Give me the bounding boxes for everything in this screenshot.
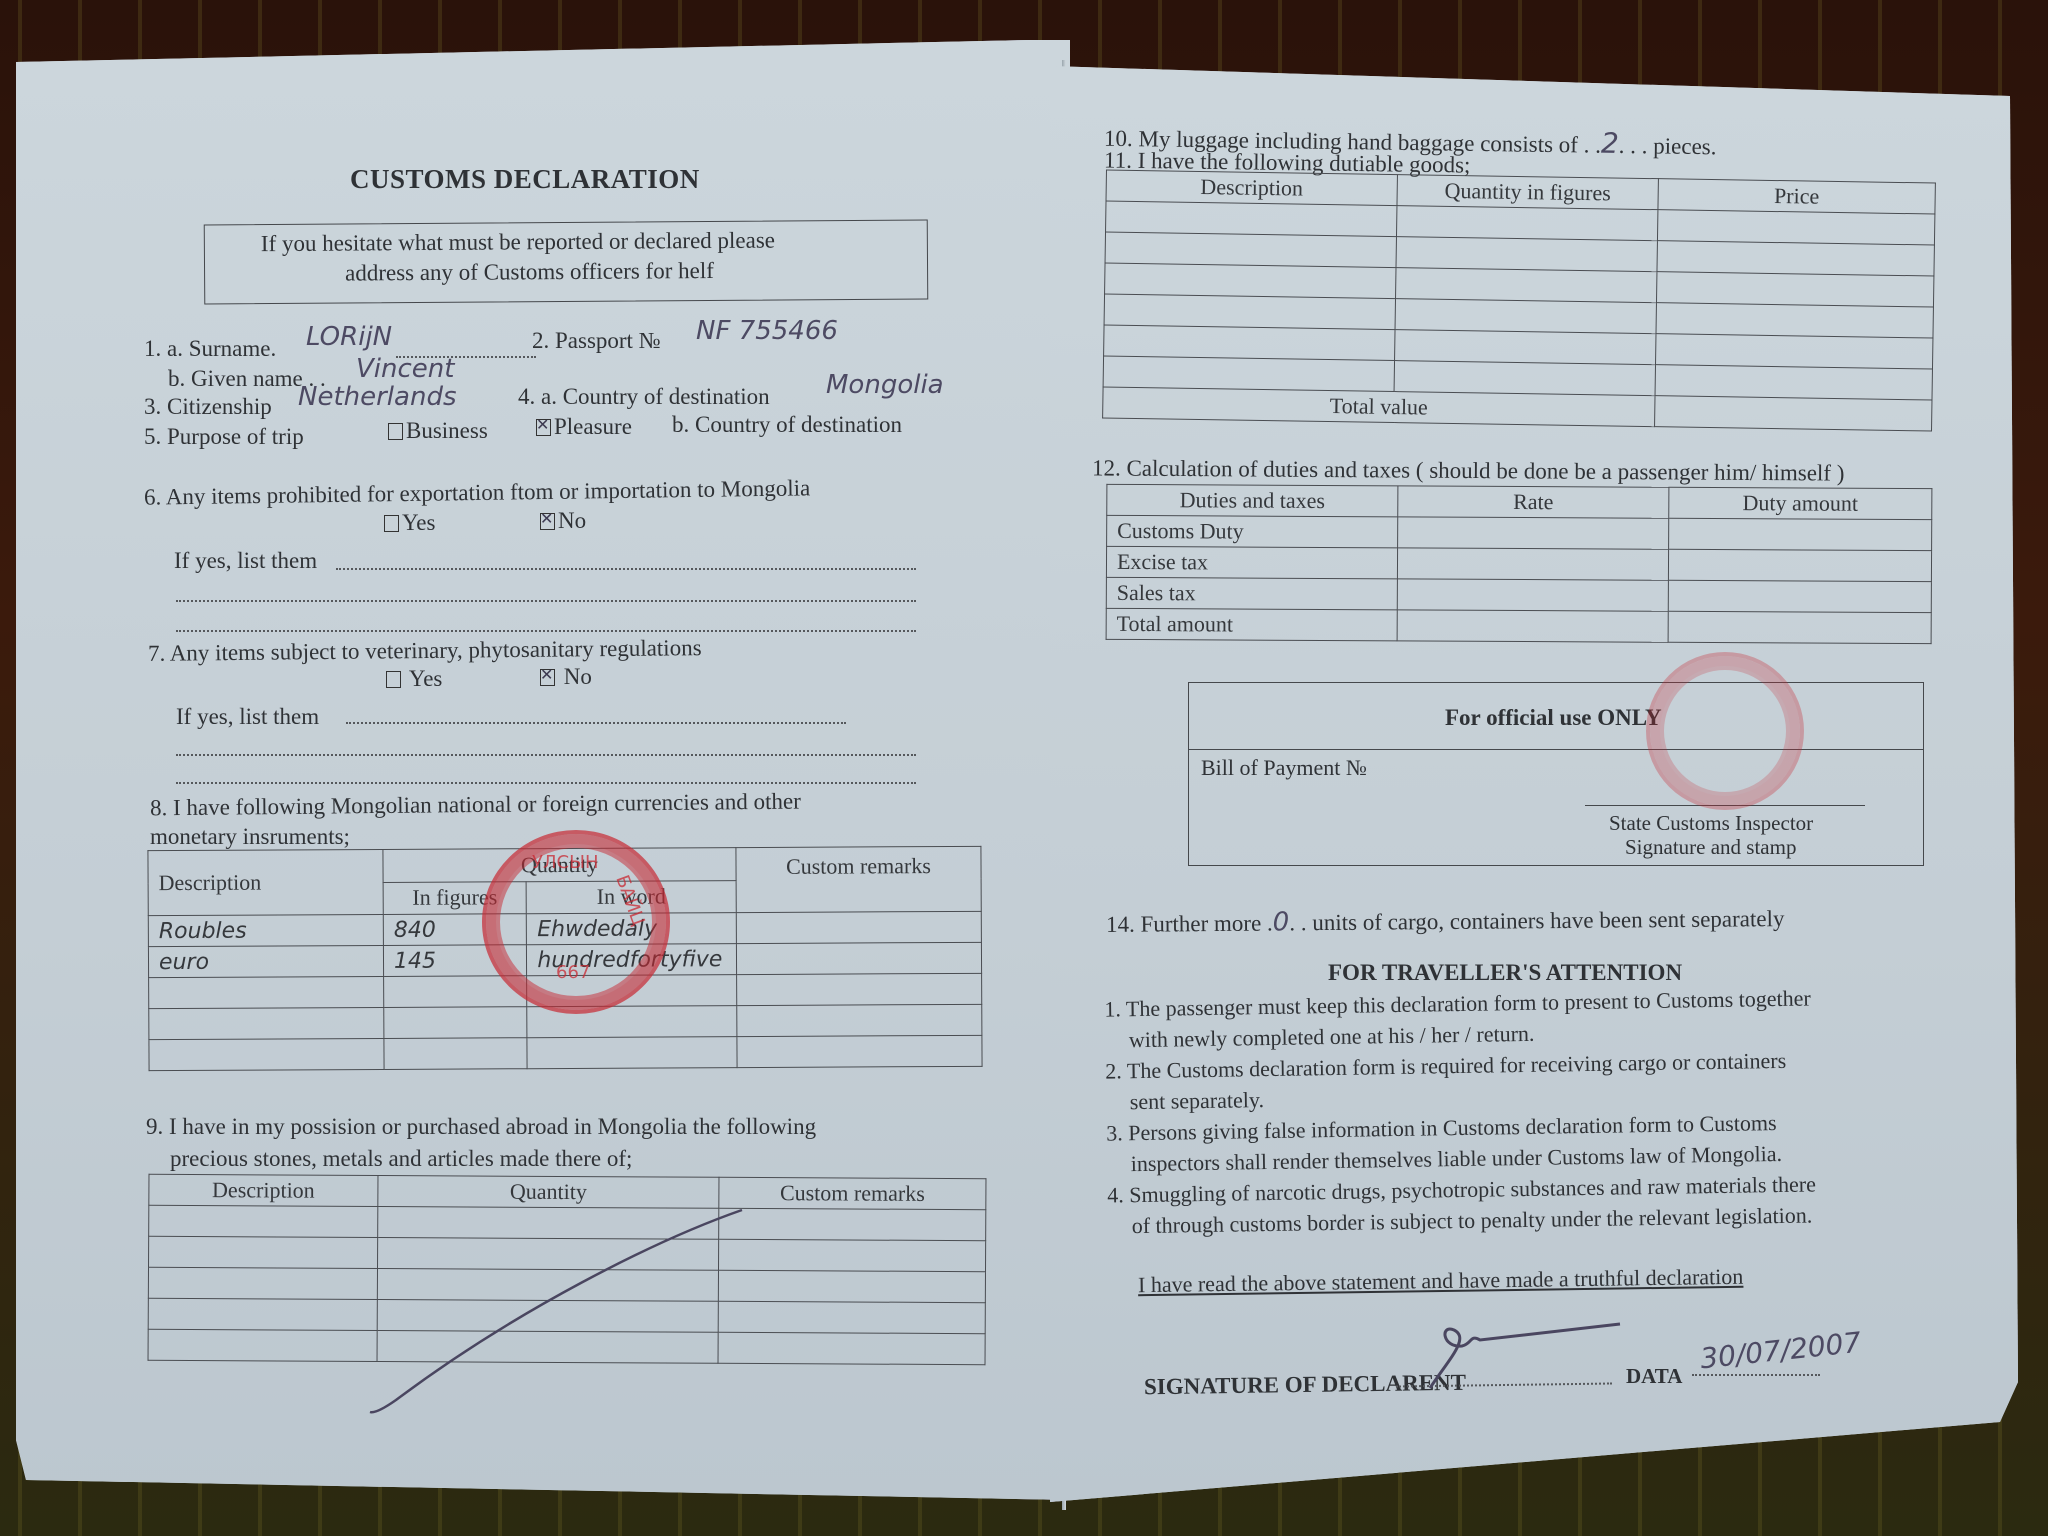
duty-amount-cell[interactable] [1669,518,1932,550]
dutiable-cell[interactable] [1396,206,1657,241]
dutiable-cell[interactable] [1396,237,1657,272]
date-label: DATA [1626,1364,1682,1389]
purpose-label: 5. Purpose of trip [144,424,304,450]
duties-row: Sales tax [1106,577,1931,612]
dutiable-cell[interactable] [1104,325,1395,361]
precious-header-description: Description [149,1174,378,1206]
form-title: CUSTOMS DECLARATION [350,164,700,195]
precious-cell[interactable] [148,1267,377,1299]
q6-list-label: If yes, list them [174,548,317,574]
precious-cell[interactable] [719,1208,986,1240]
pleasure-label: Pleasure [554,414,632,439]
currency-cell-description[interactable] [149,976,384,1008]
bill-of-payment-label: Bill of Payment № [1201,755,1367,781]
country-destination-b-label: b. Country of destination [672,412,902,438]
dutiable-total-value[interactable] [1655,396,1932,431]
q6-yes-label: Yes [402,510,435,535]
q6-yes-checkbox[interactable] [384,515,399,532]
purpose-business-option[interactable]: Business [388,418,488,444]
q7-yes-checkbox[interactable] [386,671,401,688]
duty-name: Customs Duty [1107,515,1398,548]
q6-no-option[interactable]: No [540,508,586,534]
q6-list-line-2[interactable] [176,600,916,602]
duties-header-amount: Duty amount [1669,487,1932,519]
currency-header-remarks: Custom remarks [736,846,981,912]
duties-row: Customs Duty [1107,515,1932,550]
q14-suffix: . . units of cargo, containers have been… [1289,906,1784,935]
dutiable-cell[interactable] [1106,201,1397,237]
passport-field[interactable]: NF 755466 [696,316,838,346]
q6-list-line-3[interactable] [176,630,916,632]
duty-name: Total amount [1106,608,1397,641]
q6-label: 6. Any items prohibited for exportation … [144,475,811,510]
strike-through-line [356,1200,756,1420]
q7-no-checkbox[interactable] [540,669,555,686]
official-stamp-right [1646,652,1804,810]
precious-cell[interactable] [148,1298,377,1330]
attention-title: FOR TRAVELLER'S ATTENTION [1328,960,1682,986]
q7-label: 7. Any items subject to veterinary, phyt… [148,635,702,667]
dutiable-cell[interactable] [1105,263,1396,299]
q6-yes-option[interactable]: Yes [384,510,435,536]
duty-amount-cell[interactable] [1668,549,1931,581]
duty-name: Sales tax [1106,577,1397,610]
surname-field[interactable]: LORijN [306,322,392,352]
q7-list-line-2[interactable] [176,754,916,756]
inspector-label: State Customs Inspector [1609,811,1813,836]
destination-field[interactable]: Mongolia [826,370,944,400]
currency-cell-in-word[interactable] [527,1037,737,1069]
currency-cell-description[interactable] [149,1038,384,1070]
dutiable-cell[interactable] [1103,356,1394,392]
dutiable-header-description: Description [1106,170,1397,206]
duties-table: Duties and taxes Rate Duty amount Custom… [1106,484,1933,644]
cargo-units-field[interactable]: 0 [1273,907,1290,937]
signature-scribble [1410,1318,1650,1398]
dutiable-cell[interactable] [1656,303,1933,338]
notice-box: If you hesitate what must be reported or… [204,219,929,304]
right-page: 10. My luggage including hand baggage co… [1050,62,2018,1502]
precious-cell[interactable] [149,1236,378,1268]
dutiable-cell[interactable] [1656,334,1933,369]
duties-row: Excise tax [1106,546,1931,581]
surname-label: 1. a. Surname. [144,336,276,362]
precious-cell[interactable] [148,1329,377,1361]
duties-header-name: Duties and taxes [1107,484,1398,517]
business-label: Business [406,418,488,443]
q14-prefix: 14. Further more . [1106,911,1273,937]
inspector-sign-label: Signature and stamp [1625,835,1796,860]
q6-no-checkbox[interactable] [540,513,555,530]
q7-no-label: No [564,664,592,689]
pleasure-checkbox[interactable] [536,419,551,436]
q12-label: 12. Calculation of duties and taxes ( sh… [1092,455,1845,486]
dutiable-cell[interactable] [1395,330,1656,365]
dutiable-cell[interactable] [1657,241,1934,276]
dutiable-goods-table: Description Quantity in figures Price To… [1102,169,1936,431]
currency-row [149,1035,982,1070]
q9-label-line-1: 9. I have in my possision or purchased a… [146,1114,816,1140]
duties-header-rate: Rate [1398,486,1669,518]
dutiable-cell[interactable] [1657,210,1934,245]
q7-yes-option[interactable]: Yes [386,666,442,692]
given-name-field[interactable]: Vincent [356,354,454,384]
precious-cell[interactable] [718,1301,985,1333]
precious-cell[interactable] [718,1270,985,1302]
duty-amount-cell[interactable] [1668,580,1931,612]
left-page: CUSTOMS DECLARATION If you hesitate what… [16,40,1070,1500]
duty-amount-cell[interactable] [1668,611,1931,643]
attention-list: 1. The passenger must keep this declarat… [1104,982,1817,1241]
luggage-pieces-field[interactable]: 2 [1601,127,1619,160]
dutiable-cell[interactable] [1655,365,1932,400]
q6-no-label: No [558,508,586,533]
official-use-title: For official use ONLY [1445,705,1662,731]
q7-yes-label: Yes [409,666,442,691]
currency-header-description: Description [148,849,383,915]
currency-cell-in-figures[interactable] [384,1007,528,1039]
dutiable-cell[interactable] [1104,294,1395,330]
dutiable-cell[interactable] [1396,268,1657,303]
dutiable-cell[interactable] [1394,361,1655,396]
destination-label: 4. a. Country of destination [518,384,770,410]
q9-label-line-2: precious stones, metals and articles mad… [170,1146,632,1172]
official-divider [1189,749,1923,750]
duty-name: Excise tax [1106,546,1397,579]
citizenship-field[interactable]: Netherlands [298,382,457,412]
duty-rate-cell[interactable] [1398,517,1669,549]
truthful-statement: I have read the above statement and have… [1138,1264,1744,1298]
date-field[interactable]: 30/07/2007 [1699,1326,1863,1376]
dutiable-cell[interactable] [1105,232,1396,268]
q7-list-line-1[interactable] [346,722,846,724]
q7-list-label: If yes, list them [176,704,319,730]
q6-list-line-1[interactable] [336,568,916,570]
currency-cell-description[interactable] [149,1007,384,1039]
dutiable-header-price: Price [1658,179,1935,214]
duty-rate-cell[interactable] [1397,610,1668,642]
duty-rate-cell[interactable] [1397,579,1668,611]
dutiable-cell[interactable] [1395,299,1656,334]
duty-rate-cell[interactable] [1397,548,1668,580]
business-checkbox[interactable] [388,423,403,440]
stamp-text-top: УЛСЫН [532,852,599,873]
passport-label: 2. Passport № [532,328,661,354]
precious-header-remarks: Custom remarks [719,1177,986,1209]
stamp-number: 667 [556,962,590,983]
currency-cell-remarks[interactable] [737,1004,982,1036]
q14-label: 14. Further more .0. . units of cargo, c… [1106,903,1785,939]
precious-cell[interactable] [718,1332,985,1364]
currency-cell-remarks[interactable] [737,1035,982,1067]
official-stamp-left: УЛСЫН БАЙЦ 667 [482,830,670,1014]
currency-cell-remarks[interactable] [736,942,981,974]
currency-cell-description[interactable]: euro [148,945,383,977]
citizenship-label: 3. Citizenship [144,394,272,420]
purpose-pleasure-option[interactable]: Pleasure [536,414,632,440]
currency-cell-remarks[interactable] [736,911,981,943]
currency-cell-description[interactable]: Roubles [148,914,383,946]
q7-no-option[interactable]: No [540,664,592,690]
precious-cell[interactable] [718,1239,985,1271]
dutiable-header-quantity: Quantity in figures [1397,175,1658,210]
notice-line-1: If you hesitate what must be reported or… [261,228,775,258]
official-use-box: For official use ONLY Bill of Payment № … [1188,682,1924,866]
q8-label-line-2: monetary insruments; [150,824,350,850]
dutiable-cell[interactable] [1656,272,1933,307]
duties-row: Total amount [1106,608,1931,643]
currency-cell-remarks[interactable] [736,973,981,1005]
currency-cell-in-figures[interactable] [384,1038,528,1070]
q8-label-line-1: 8. I have following Mongolian national o… [150,789,801,822]
notice-line-2: address any of Customs officers for helf [345,258,714,287]
stamp-text-side: БАЙЦ [611,872,649,928]
precious-cell[interactable] [149,1205,378,1237]
q10-suffix: . . . pieces. [1619,133,1717,159]
q7-list-line-3[interactable] [176,782,916,784]
